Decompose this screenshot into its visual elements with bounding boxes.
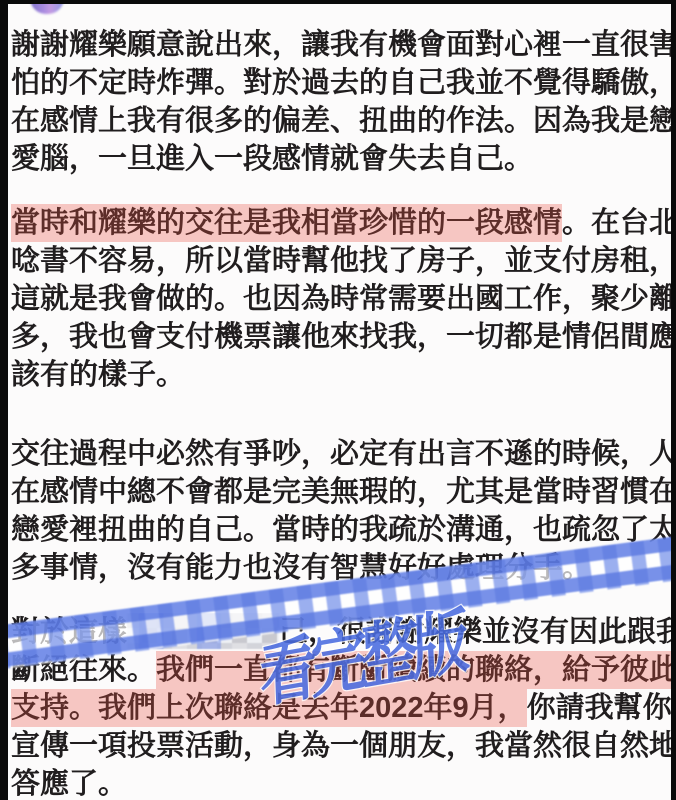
highlighted-text-segment: 當時和耀樂的交往是我相當珍惜的一段感情 — [11, 204, 562, 242]
paragraph-apology-intro: 謝謝耀樂願意說出來，讓我有機會面對心裡一直很害怕的不定時炸彈。對於過去的自己我並… — [11, 26, 671, 178]
text-segment: 在感情上我有很多的偏差、扭曲的作法。因為我是戀 — [11, 105, 671, 137]
text-line: 在感情上我有很多的偏差、扭曲的作法。因為我是戀 — [11, 102, 671, 140]
text-line: 怕的不定時炸彈。對於過去的自己我並不覺得驕傲， — [11, 64, 671, 102]
text-segment: 宣傳一項投票活動，身為一個朋友，我當然很自然地 — [11, 730, 671, 762]
text-segment: 交往過程中必然有爭吵，必定有出言不遜的時候，人 — [11, 438, 671, 470]
text-line: 答應了。 — [11, 765, 671, 800]
text-line: 宣傳一項投票活動，身為一個朋友，我當然很自然地 — [11, 727, 671, 765]
text-line: 戀愛裡扭曲的自己。當時的我疏於溝通，也疏忽了太 — [11, 511, 671, 549]
text-segment: 謝謝耀樂願意說出來，讓我有機會面對心裡一直很害 — [11, 29, 671, 61]
text-segment: 怕的不定時炸彈。對於過去的自己我並不覺得驕傲， — [11, 67, 671, 99]
text-segment: 該有的樣子。 — [11, 359, 185, 391]
text-segment: 答應了。 — [11, 768, 127, 800]
text-line: 這就是我會做的。也因為時常需要出國工作，聚少離 — [11, 280, 671, 318]
paragraph-relationship-details: 當時和耀樂的交往是我相當珍惜的一段感情。在台北唸書不容易，所以當時幫他找了房子，… — [11, 204, 671, 394]
text-line: 多，我也會支付機票讓他來找我，一切都是情侶間應 — [11, 318, 671, 356]
text-segment: 你請我幫你 — [527, 692, 671, 724]
text-segment: 在感情中總不會都是完美無瑕的，尤其是當時習慣在 — [11, 476, 671, 508]
text-segment: 。在台北 — [562, 207, 671, 239]
text-segment: 唸書不容易，所以當時幫他找了房子，並支付房租， — [11, 245, 671, 277]
text-line: 謝謝耀樂願意說出來，讓我有機會面對心裡一直很害 — [11, 26, 671, 64]
screenshot-root: { "colors":{ "frame":"#0a0a0a", "page_ba… — [0, 0, 676, 800]
text-segment: 多，我也會支付機票讓他來找我，一切都是情侶間應 — [11, 321, 671, 353]
text-line: 當時和耀樂的交往是我相當珍惜的一段感情。在台北 — [11, 204, 671, 242]
text-line: 交往過程中必然有爭吵，必定有出言不遜的時候，人 — [11, 435, 671, 473]
post-text-page: 謝謝耀樂願意說出來，讓我有機會面對心裡一直很害怕的不定時炸彈。對於過去的自己我並… — [8, 4, 671, 800]
text-line: 該有的樣子。 — [11, 356, 671, 394]
text-segment: 這就是我會做的。也因為時常需要出國工作，聚少離 — [11, 283, 671, 315]
purple-emoji-partial-icon — [30, 4, 64, 14]
text-line: 在感情中總不會都是完美無瑕的，尤其是當時習慣在 — [11, 473, 671, 511]
text-line: 唸書不容易，所以當時幫他找了房子，並支付房租， — [11, 242, 671, 280]
text-segment: 愛腦，一旦進入一段感情就會失去自己。 — [11, 143, 533, 175]
text-line: 愛腦，一旦進入一段感情就會失去自己。 — [11, 140, 671, 178]
text-segment: 戀愛裡扭曲的自己。當時的我疏於溝通，也疏忽了太 — [11, 514, 671, 546]
